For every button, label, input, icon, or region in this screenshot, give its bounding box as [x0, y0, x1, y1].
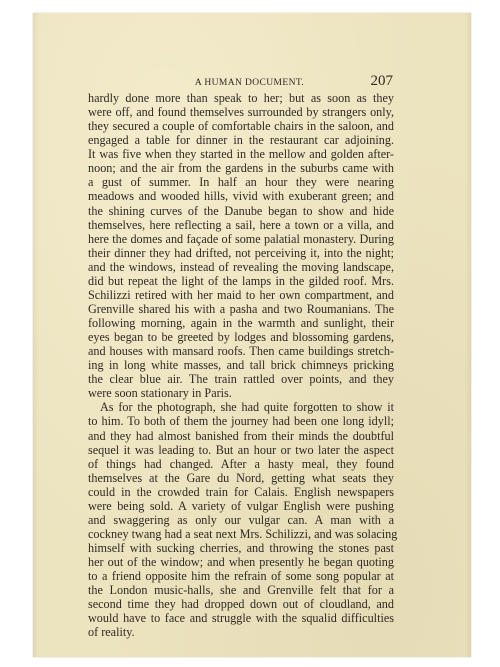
text-line: the clear blue air. The train rattled ov…	[88, 372, 394, 386]
page-number: 207	[371, 73, 394, 90]
text-line: their dinner they had drifted, not perce…	[88, 246, 394, 260]
text-line: ing in long white masses, and tall brick…	[88, 358, 394, 372]
text-line: here the domes and façade of some palati…	[88, 232, 394, 246]
text-line: themselves at the Gare du Nord, getting …	[88, 471, 394, 485]
text-line: It was five when they started in the mel…	[88, 147, 394, 161]
text-line: As for the photograph, she had quite for…	[88, 400, 394, 414]
text-line: the London music-halls, she and Grenvill…	[88, 583, 394, 597]
text-line: and swaggering as only our vulgar can. A…	[88, 513, 394, 527]
body-text: hardly done more than speak to her; but …	[88, 91, 394, 639]
text-line: of reality.	[88, 625, 394, 639]
text-line: and the windows, instead of revealing th…	[88, 260, 394, 274]
text-line: would have to face and struggle with the…	[88, 611, 394, 625]
running-title: A HUMAN DOCUMENT.	[88, 78, 393, 88]
text-line: hardly done more than speak to her; but …	[88, 91, 394, 105]
book-page: A HUMAN DOCUMENT. 207 hardly done more t…	[33, 13, 471, 657]
text-line: and houses with mansard roofs. Then came…	[88, 344, 394, 358]
text-line: they secured a couple of comfortable cha…	[88, 119, 394, 133]
text-line: engaged a table for dinner in the restau…	[88, 133, 394, 147]
text-line: cockney twang had a seat next Mrs. Schil…	[88, 527, 394, 541]
text-line: Grenville shared his with a pasha and tw…	[88, 302, 394, 316]
text-line: and they had almost banished from their …	[88, 429, 394, 443]
text-line: himself with sucking cherries, and throw…	[88, 541, 394, 555]
text-line: were off, and found themselves surrounde…	[88, 105, 394, 119]
text-line: meadows and wooded hills, vivid with exu…	[88, 189, 394, 203]
text-line: to a friend opposite him the refrain of …	[88, 569, 394, 583]
text-line: did but repeat the light of the lamps in…	[88, 274, 394, 288]
text-line: were being sold. A variety of vulgar Eng…	[88, 499, 394, 513]
text-line: noon; and the air from the gardens in th…	[88, 161, 394, 175]
text-line: her out of the window; and when presentl…	[88, 555, 394, 569]
text-line: following morning, again in the warmth a…	[88, 316, 394, 330]
text-line: sequel it was leading to. But an hour or…	[88, 443, 394, 457]
text-line: a gust of summer. In half an hour they w…	[88, 175, 394, 189]
text-line: were soon stationary in Paris.	[88, 386, 394, 400]
text-line: Schilizzi retired with her maid to her o…	[88, 288, 394, 302]
text-line: of things had changed. After a hasty mea…	[88, 457, 394, 471]
text-line: could in the crowded train for Calais. E…	[88, 485, 394, 499]
text-line: themselves, here reflecting a sail, here…	[88, 218, 394, 232]
text-line: eyes began to be greeted by lodges and b…	[88, 330, 394, 344]
text-line: the shining curves of the Danube began t…	[88, 204, 394, 218]
text-line: to him. To both of them the journey had …	[88, 414, 394, 428]
page-header: A HUMAN DOCUMENT. 207	[88, 73, 393, 93]
text-line: second time they had dropped down out of…	[88, 597, 394, 611]
